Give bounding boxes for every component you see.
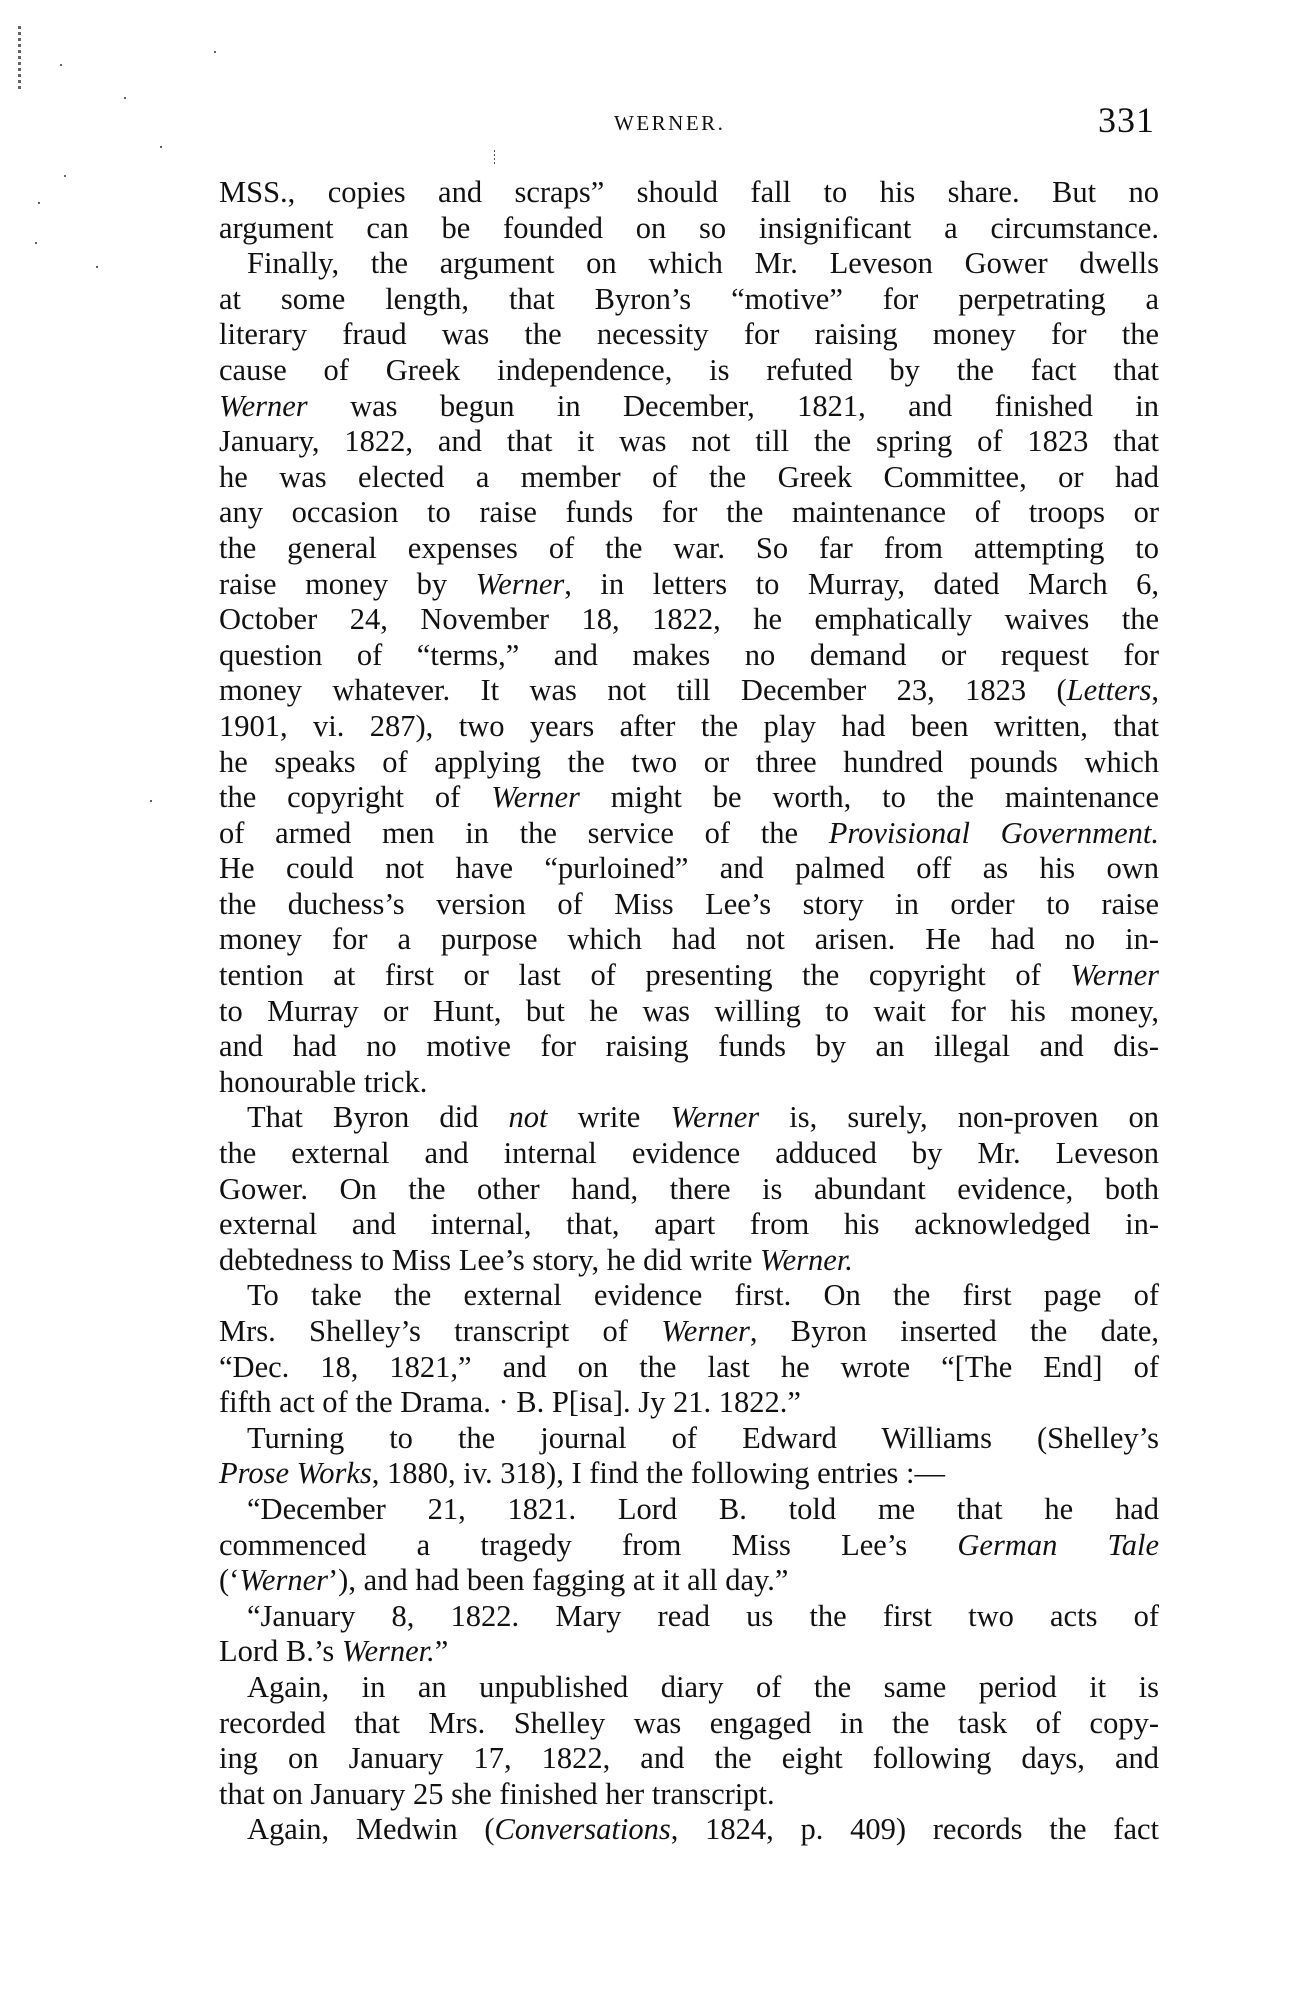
text-line: MSS., copies and scraps” should fall to … (219, 175, 1159, 211)
text-segment: debtedness to Miss Lee’s story, he did w… (219, 1243, 760, 1277)
text-segment: Gower. On the other hand, there is abund… (219, 1172, 1159, 1206)
text-segment: That Byron did (247, 1100, 509, 1134)
text-line: and had no motive for raising funds by a… (219, 1029, 1159, 1065)
text-segment: October 24, November 18, 1822, he emphat… (219, 602, 1159, 636)
text-line: he speaks of applying the two or three h… (219, 745, 1159, 781)
running-head: WERNER. (614, 108, 725, 138)
text-line: debtedness to Miss Lee’s story, he did w… (219, 1243, 1159, 1279)
text-segment: recorded that Mrs. Shelley was engaged i… (219, 1706, 1159, 1740)
text-segment: To take the external evidence first. On … (247, 1278, 1159, 1312)
text-segment: He could not have “purloined” and palmed… (219, 851, 1159, 885)
italic-text: German Tale (957, 1528, 1159, 1562)
text-segment: he was elected a member of the Greek Com… (219, 460, 1159, 494)
text-segment: January, 1822, and that it was not till … (219, 424, 1159, 458)
text-line: To take the external evidence first. On … (219, 1278, 1159, 1314)
text-line: January, 1822, and that it was not till … (219, 424, 1159, 460)
italic-text: not (509, 1100, 548, 1134)
italic-text: Werner (670, 1100, 759, 1134)
scan-edge-mark (18, 26, 21, 90)
text-segment: at some length, that Byron’s “motive” fo… (219, 282, 1159, 316)
text-segment: money for a purpose which had not arisen… (219, 922, 1159, 956)
italic-text: Werner (239, 1563, 328, 1597)
text-line: recorded that Mrs. Shelley was engaged i… (219, 1706, 1159, 1742)
text-segment: the general expenses of the war. So far … (219, 531, 1159, 565)
text-segment: external and internal, that, apart from … (219, 1207, 1159, 1241)
text-line: of armed men in the service of the Provi… (219, 816, 1159, 852)
italic-text: Prose Works (219, 1456, 372, 1490)
text-segment: literary fraud was the necessity for rai… (219, 317, 1159, 351)
text-line: he was elected a member of the Greek Com… (219, 460, 1159, 496)
text-line: (‘Werner’), and had been fagging at it a… (219, 1563, 1159, 1599)
text-line: money whatever. It was not till December… (219, 673, 1159, 709)
text-segment: “January 8, 1822. Mary read us the first… (247, 1599, 1159, 1633)
text-line: 1901, vi. 287), two years after the play… (219, 709, 1159, 745)
text-line: Werner was begun in December, 1821, and … (219, 389, 1159, 425)
scan-speck (160, 146, 162, 148)
text-line: honourable trick. (219, 1065, 1159, 1101)
page-number: 331 (1098, 98, 1155, 142)
text-line: raise money by Werner, in letters to Mur… (219, 567, 1159, 603)
text-segment: money whatever. It was not till December… (219, 673, 1067, 707)
italic-text: Werner. (342, 1634, 435, 1668)
text-segment: (‘ (219, 1563, 239, 1597)
text-line: money for a purpose which had not arisen… (219, 922, 1159, 958)
text-segment: Again, in an unpublished diary of the sa… (247, 1670, 1159, 1704)
italic-text: Werner. (760, 1243, 853, 1277)
text-segment: was begun in December, 1821, and finishe… (308, 389, 1159, 423)
text-segment: Finally, the argument on which Mr. Leves… (247, 246, 1159, 280)
scan-speck (35, 242, 37, 244)
text-segment: “Dec. 18, 1821,” and on the last he wrot… (219, 1350, 1159, 1384)
text-line: tention at first or last of presenting t… (219, 958, 1159, 994)
text-line: “Dec. 18, 1821,” and on the last he wrot… (219, 1350, 1159, 1386)
text-line: external and internal, that, apart from … (219, 1207, 1159, 1243)
text-segment: fifth act of the Drama. · B. P[isa]. Jy … (219, 1385, 801, 1419)
text-line: question of “terms,” and makes no demand… (219, 638, 1159, 674)
text-segment: of armed men in the service of the (219, 816, 829, 850)
text-segment: “December 21, 1821. Lord B. told me that… (247, 1492, 1159, 1526)
text-line: the duchess’s version of Miss Lee’s stor… (219, 887, 1159, 923)
italic-text: Werner (476, 567, 565, 601)
text-line: Turning to the journal of Edward William… (219, 1421, 1159, 1457)
text-line: “December 21, 1821. Lord B. told me that… (219, 1492, 1159, 1528)
text-segment: 1901, vi. 287), two years after the play… (219, 709, 1159, 743)
italic-text: Conversations (494, 1812, 670, 1846)
text-line: the external and internal evidence adduc… (219, 1136, 1159, 1172)
text-segment: raise money by (219, 567, 476, 601)
italic-text: Werner (661, 1314, 750, 1348)
scan-speck (60, 64, 62, 66)
text-segment: , 1880, iv. 318), I find the following e… (372, 1456, 945, 1490)
text-segment: commenced a tragedy from Miss Lee’s (219, 1528, 957, 1562)
text-segment: , in letters to Murray, dated March 6, (564, 567, 1159, 601)
text-line: That Byron did not write Werner is, sure… (219, 1100, 1159, 1136)
text-segment: write (548, 1100, 671, 1134)
text-line: cause of Greek independence, is refuted … (219, 353, 1159, 389)
text-line: that on January 25 she finished her tran… (219, 1777, 1159, 1813)
text-segment: Again, Medwin ( (247, 1812, 494, 1846)
italic-text: Provisional Government. (829, 816, 1159, 850)
italic-text: Werner (1070, 958, 1159, 992)
text-segment: ing on January 17, 1822, and the eight f… (219, 1741, 1159, 1775)
text-line: at some length, that Byron’s “motive” fo… (219, 282, 1159, 318)
text-segment: argument can be founded on so insignific… (219, 211, 1159, 245)
text-segment: the duchess’s version of Miss Lee’s stor… (219, 887, 1159, 921)
scan-speck (96, 266, 98, 268)
text-line: any occasion to raise funds for the main… (219, 495, 1159, 531)
text-segment: tention at first or last of presenting t… (219, 958, 1070, 992)
text-segment: he speaks of applying the two or three h… (219, 745, 1159, 779)
text-segment: ’), and had been fagging at it all day.” (328, 1563, 788, 1597)
scan-speck (64, 175, 66, 177)
text-segment: honourable trick. (219, 1065, 427, 1099)
italic-text: Werner (491, 780, 580, 814)
italic-text: Werner (219, 389, 308, 423)
text-segment: , 1824, p. 409) records the fact (671, 1812, 1159, 1846)
text-segment: Turning to the journal of Edward William… (247, 1421, 1159, 1455)
text-segment: the external and internal evidence adduc… (219, 1136, 1159, 1170)
text-segment: question of “terms,” and makes no demand… (219, 638, 1159, 672)
text-segment: Mrs. Shelley’s transcript of (219, 1314, 661, 1348)
scan-speck (214, 51, 216, 53)
scan-speck (38, 202, 40, 204)
text-segment: might be worth, to the maintenance (580, 780, 1159, 814)
text-line: to Murray or Hunt, but he was willing to… (219, 994, 1159, 1030)
text-line: the copyright of Werner might be worth, … (219, 780, 1159, 816)
text-segment: , Byron inserted the date, (750, 1314, 1159, 1348)
text-line: fifth act of the Drama. · B. P[isa]. Jy … (219, 1385, 1159, 1421)
text-segment: is, surely, non-proven on (759, 1100, 1159, 1134)
text-segment: ” (435, 1634, 449, 1668)
text-segment: and had no motive for raising funds by a… (219, 1029, 1159, 1063)
text-segment: that on January 25 she finished her tran… (219, 1777, 775, 1811)
text-segment: to Murray or Hunt, but he was willing to… (219, 994, 1159, 1028)
text-line: Again, in an unpublished diary of the sa… (219, 1670, 1159, 1706)
text-line: argument can be founded on so insignific… (219, 211, 1159, 247)
text-segment: any occasion to raise funds for the main… (219, 495, 1159, 529)
text-line: October 24, November 18, 1822, he emphat… (219, 602, 1159, 638)
italic-text: Letters (1067, 673, 1152, 707)
text-line: Mrs. Shelley’s transcript of Werner, Byr… (219, 1314, 1159, 1350)
text-line: Again, Medwin (Conversations, 1824, p. 4… (219, 1812, 1159, 1848)
text-segment: , (1151, 673, 1159, 707)
text-line: literary fraud was the necessity for rai… (219, 317, 1159, 353)
text-line: commenced a tragedy from Miss Lee’s Germ… (219, 1528, 1159, 1564)
text-segment: MSS., copies and scraps” should fall to … (219, 175, 1159, 209)
text-line: Gower. On the other hand, there is abund… (219, 1172, 1159, 1208)
text-line: Prose Works, 1880, iv. 318), I find the … (219, 1456, 1159, 1492)
scan-speck (124, 97, 126, 99)
text-line: ing on January 17, 1822, and the eight f… (219, 1741, 1159, 1777)
text-line: the general expenses of the war. So far … (219, 531, 1159, 567)
text-segment: Lord B.’s (219, 1634, 342, 1668)
text-segment: the copyright of (219, 780, 491, 814)
text-line: Finally, the argument on which Mr. Leves… (219, 246, 1159, 282)
text-line: “January 8, 1822. Mary read us the first… (219, 1599, 1159, 1635)
text-line: Lord B.’s Werner.” (219, 1634, 1159, 1670)
scan-tick-mark (494, 150, 495, 166)
text-line: He could not have “purloined” and palmed… (219, 851, 1159, 887)
scan-speck (150, 800, 152, 802)
text-segment: cause of Greek independence, is refuted … (219, 353, 1159, 387)
body-text: MSS., copies and scraps” should fall to … (219, 175, 1159, 1848)
